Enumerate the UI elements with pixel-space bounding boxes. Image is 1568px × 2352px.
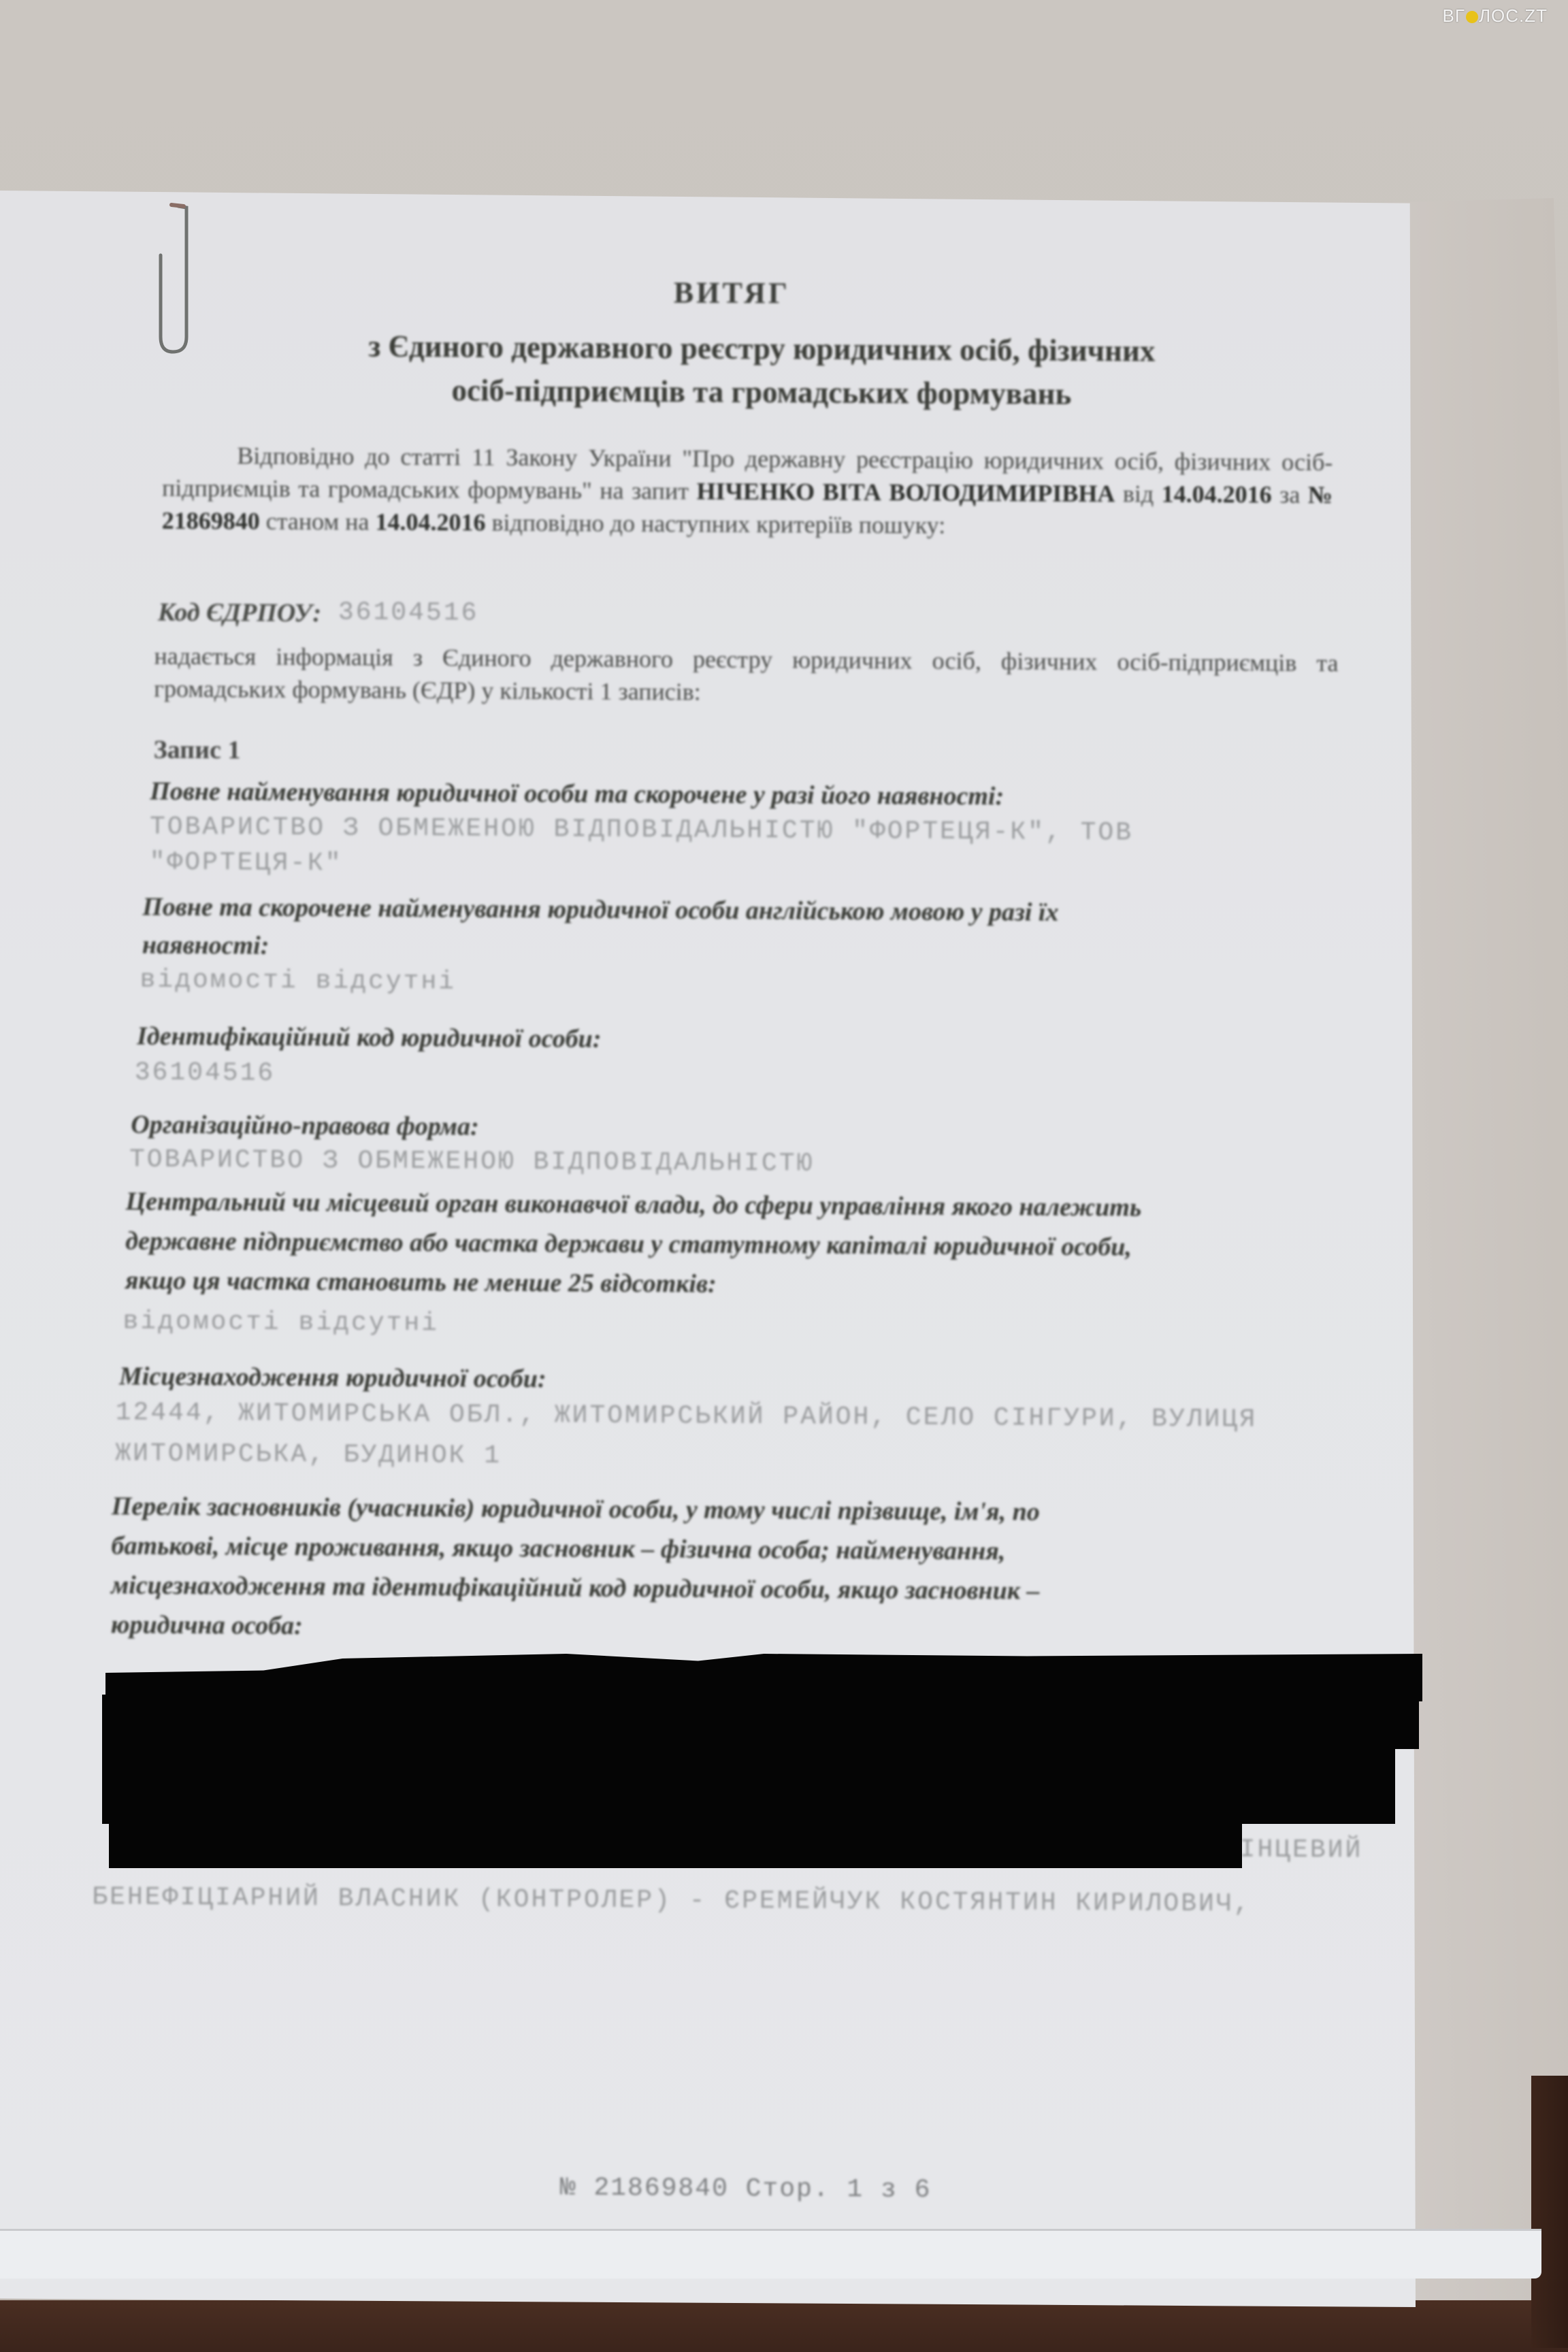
search-criteria-value: 36104516 xyxy=(338,595,479,631)
label-line: якщо ця частка становить не менше 25 від… xyxy=(125,1260,1141,1306)
field-value-legal-form: ТОВАРИСТВО З ОБМЕЖЕНОЮ ВІДПОВІДАЛЬНІСТЮ xyxy=(129,1142,815,1181)
watermark-text: ЛОС.ZT xyxy=(1479,5,1548,26)
request-date: 14.04.2016 xyxy=(1162,480,1272,508)
value-line: "ФОРТЕЦЯ-К" xyxy=(150,845,1133,887)
intro-paragraph: Відповідно до статті 11 Закону України "… xyxy=(162,439,1333,544)
label-line: Центральний чи місцевий орган виконавчої… xyxy=(125,1181,1141,1227)
value-line: ЖИТОМИРСЬКА, БУДИНОК 1 xyxy=(115,1433,1257,1481)
label-line: місцезнаходження та ідентифікаційний код… xyxy=(111,1565,1040,1610)
sound-wave-icon xyxy=(1466,11,1478,23)
document-title: ВИТЯГ xyxy=(674,275,790,310)
search-criteria-label: Код ЄДРПОУ: xyxy=(158,595,321,630)
field-value-full-name: ТОВАРИСТВО З ОБМЕЖЕНОЮ ВІДПОВІДАЛЬНІСТЮ … xyxy=(150,810,1134,887)
subtitle-line: осіб-підприємців та громадських формуван… xyxy=(244,367,1279,416)
value-line: ТОВАРИСТВО З ОБМЕЖЕНОЮ ВІДПОВІДАЛЬНІСТЮ … xyxy=(150,810,1133,851)
page-footer: № 21869840 Стор. 1 з 6 xyxy=(560,2173,932,2204)
label-line: державне підприємство або частка держави… xyxy=(125,1221,1141,1267)
intro-text: за xyxy=(1272,481,1308,508)
field-label-legal-form: Організаційно-правова форма: xyxy=(131,1105,479,1145)
watermark-text: ВГ xyxy=(1443,5,1465,26)
beneficiary-line-end: КІНЦЕВИЙ xyxy=(1222,1832,1363,1868)
beneficiary-line: БЕНЕФІЦІАРНИЙ ВЛАСНИК (КОНТРОЛЕР) - ЄРЕМ… xyxy=(92,1880,1251,1922)
field-label-founders: Перелік засновників (учасників) юридично… xyxy=(111,1486,1041,1650)
field-value-english-name: відомості відсутні xyxy=(140,963,456,1000)
document-subtitle: з Єдиного державного реєстру юридичних о… xyxy=(244,323,1279,416)
field-value-id-code: 36104516 xyxy=(135,1056,276,1092)
site-watermark: ВГЛОС.ZT xyxy=(1443,5,1548,27)
intro-text: відповідно до наступних критеріїв пошуку… xyxy=(485,509,945,539)
requester-name: НІЧЕНКО ВІТА ВОЛОДИМИРІВНА xyxy=(696,478,1115,508)
field-value-location: 12444, ЖИТОМИРСЬКА ОБЛ., ЖИТОМИРСЬКИЙ РА… xyxy=(115,1392,1257,1481)
document-content: ВИТЯГ з Єдиного державного реєстру юриди… xyxy=(0,0,1568,2352)
intro-text: від xyxy=(1115,480,1162,507)
subtitle-line: з Єдиного державного реєстру юридичних о… xyxy=(244,323,1279,373)
record-label: Запис 1 xyxy=(154,735,241,766)
field-value-government-authority: відомості відсутні xyxy=(122,1304,439,1341)
label-line: Перелік засновників (учасників) юридично… xyxy=(112,1486,1041,1531)
field-label-english-name: Повне та скорочене найменування юридично… xyxy=(142,888,1059,970)
provided-info: надається інформація з Єдиного державног… xyxy=(154,640,1339,713)
field-label-government-authority: Центральний чи місцевий орган виконавчої… xyxy=(125,1181,1142,1306)
label-line: юридична особа: xyxy=(111,1605,1040,1650)
field-label-location: Місцезнаходження юридичної особи: xyxy=(119,1357,546,1398)
field-label-full-name: Повне найменування юридичної особи та ск… xyxy=(150,772,1004,816)
intro-text: станом на xyxy=(260,508,376,536)
value-line: 12444, ЖИТОМИРСЬКА ОБЛ., ЖИТОМИРСЬКИЙ РА… xyxy=(116,1392,1258,1440)
status-date: 14.04.2016 xyxy=(375,508,485,536)
label-line: Повне та скорочене найменування юридично… xyxy=(142,888,1059,932)
field-label-id-code: Ідентифікаційний код юридичної особи: xyxy=(137,1017,602,1058)
label-line: батькові, місце проживання, якщо засновн… xyxy=(111,1526,1040,1571)
